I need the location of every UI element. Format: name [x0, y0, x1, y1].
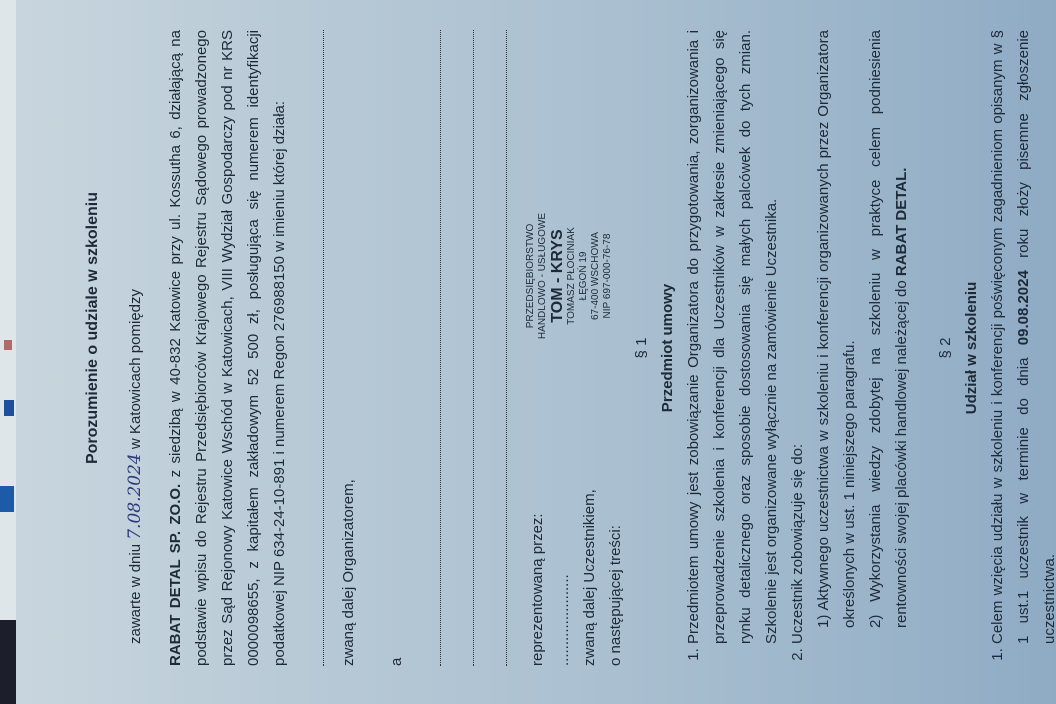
- company-stamp: PRZEDSIĘBIORSTWO HANDLOWO - USŁUGOWE TOM…: [525, 206, 614, 346]
- list-item-text: Uczestnik zobowiązuje się do:: [789, 444, 806, 644]
- participant-line: [486, 30, 507, 666]
- section-1-heading: Przedmiot umowy: [655, 30, 681, 666]
- section-1-number: § 1: [629, 30, 655, 666]
- background-logo-fragment: [4, 340, 12, 350]
- participant-line: [453, 30, 474, 666]
- sub-item-text: Wykorzystania wiedzy zdobytej na szkolen…: [867, 30, 910, 628]
- participant-alias: zwaną dalej Uczestnikiem,: [577, 471, 603, 666]
- and-word: a: [384, 30, 410, 666]
- date-line: zawarte w dniu 7.08.2024 w Katowicach po…: [122, 30, 149, 644]
- background-logo-fragment: [4, 400, 14, 416]
- sub-item: 2) Wykorzystania wiedzy zdobytej na szko…: [863, 30, 915, 644]
- stamp-name: TOM - KRYS: [549, 206, 566, 346]
- stamp-line: ŁĘGOŃ 19: [578, 206, 590, 346]
- organizer-alias: zwaną dalej Organizatorem,: [336, 30, 362, 666]
- date-suffix: w Katowicach pomiędzy: [127, 289, 144, 449]
- background-paper-edge: [0, 0, 16, 704]
- stamp-line: 67-400 WSCHOWA: [590, 206, 602, 346]
- stamp-line: TOMASZ PŁOCINIAK: [566, 206, 578, 346]
- document-title: Porozumienie o udziale w szkoleniu: [80, 30, 106, 626]
- document-page: Porozumienie o udziale w szkoleniu zawar…: [28, 0, 1056, 704]
- organizer-paragraph: RABAT DETAL SP. ZO.O. z siedzibą w 40-83…: [163, 30, 293, 666]
- list-item: Celem wzięcia udziału w szkoleniu i konf…: [985, 30, 1056, 644]
- represented-by: reprezentowaną przez: ..................…: [525, 471, 577, 666]
- sub-item: 1) Aktywnego uczestnictwa w szkoleniu i …: [811, 30, 863, 644]
- sub-item-text: Aktywnego uczestnictwa w szkoleniu i kon…: [815, 30, 858, 628]
- sub-item-bold: RABAT DETAL.: [893, 168, 910, 277]
- section-2-heading: Udział w szkoleniu: [959, 30, 985, 666]
- section-2-number: § 2: [933, 30, 959, 666]
- date-prefix: zawarte w dniu: [127, 544, 144, 644]
- list-item: Przedmiotem umowy jest zobowiązanie Orga…: [681, 30, 785, 644]
- handwritten-date: 7.08.2024: [125, 453, 145, 540]
- deadline-date: 09.08.2024: [1015, 270, 1032, 345]
- section-2-list: Celem wzięcia udziału w szkoleniu i konf…: [985, 30, 1056, 666]
- stamp-line: PRZEDSIĘBIORSTWO HANDLOWO - USŁUGOWE: [525, 206, 549, 346]
- stamp-line: NIP 697-000-76-78: [602, 206, 614, 346]
- background-dark-object: [0, 620, 16, 704]
- organizer-details: z siedzibą w 40-832 Katowice przy ul. Ko…: [167, 30, 288, 666]
- organizer-company: RABAT DETAL SP. ZO.O.: [167, 484, 184, 666]
- participant-line: [420, 30, 441, 666]
- signature-line: [303, 30, 324, 666]
- list-item: Uczestnik zobowiązuje się do: 1) Aktywne…: [785, 30, 915, 644]
- section-1-list: Przedmiotem umowy jest zobowiązanie Orga…: [681, 30, 915, 666]
- following-text: o następującej treści:: [603, 471, 629, 666]
- background-logo-fragment: [0, 486, 14, 512]
